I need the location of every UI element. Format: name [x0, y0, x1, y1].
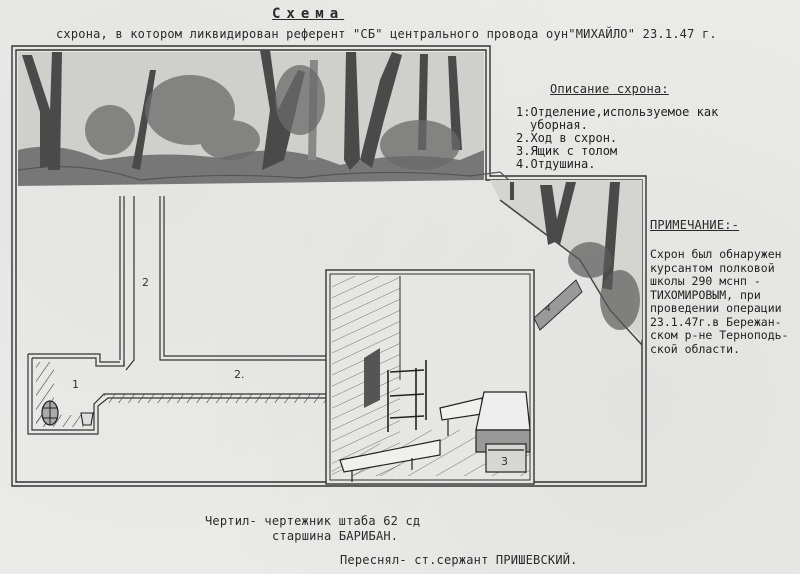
label-passage-vertical: 2 [142, 276, 149, 289]
vent-shaft [534, 280, 582, 330]
note-heading: ПРИМЕЧАНИЕ:- [650, 218, 739, 232]
label-vent: 4 [545, 304, 551, 314]
footer-photographer: Переснял- ст.сержант ПРИШЕВСКИЙ. [340, 553, 578, 567]
label-tol-box: 3 [501, 455, 508, 468]
note-line: ТИХОМИРОВЫМ, при [650, 289, 788, 303]
vertical-passage [120, 196, 326, 370]
note-line: ской области. [650, 343, 788, 357]
footer-drafter-name: старшина БАРИБАН. [272, 529, 398, 543]
note-line: проведении операции [650, 302, 788, 316]
note-line: ском р-не Терноподь- [650, 329, 788, 343]
note-body: Схрон был обнаружен курсантом полковой ш… [650, 248, 788, 356]
barrel-icon [42, 401, 58, 425]
wall-grille [364, 348, 380, 408]
note-line: курсантом полковой [650, 262, 788, 276]
note-line: школы 290 мснп - [650, 275, 788, 289]
label-passage-horizontal: 2. [234, 368, 245, 381]
passage-floor-hatch [104, 394, 326, 403]
bed [476, 392, 530, 452]
footer-drafter: Чертил- чертежник штаба 62 сд [205, 514, 420, 528]
note-line: 23.1.47г.в Бережан- [650, 316, 788, 330]
description-list: 1:Отделение,используемое как уборная. 2.… [516, 106, 718, 171]
main-room [326, 270, 534, 484]
description-item: 4.Отдушина. [516, 158, 718, 171]
bucket-icon [81, 413, 93, 425]
note-line: Схрон был обнаружен [650, 248, 788, 262]
label-toilet-section: 1 [72, 378, 79, 391]
description-heading: Описание схрона: [550, 82, 669, 96]
